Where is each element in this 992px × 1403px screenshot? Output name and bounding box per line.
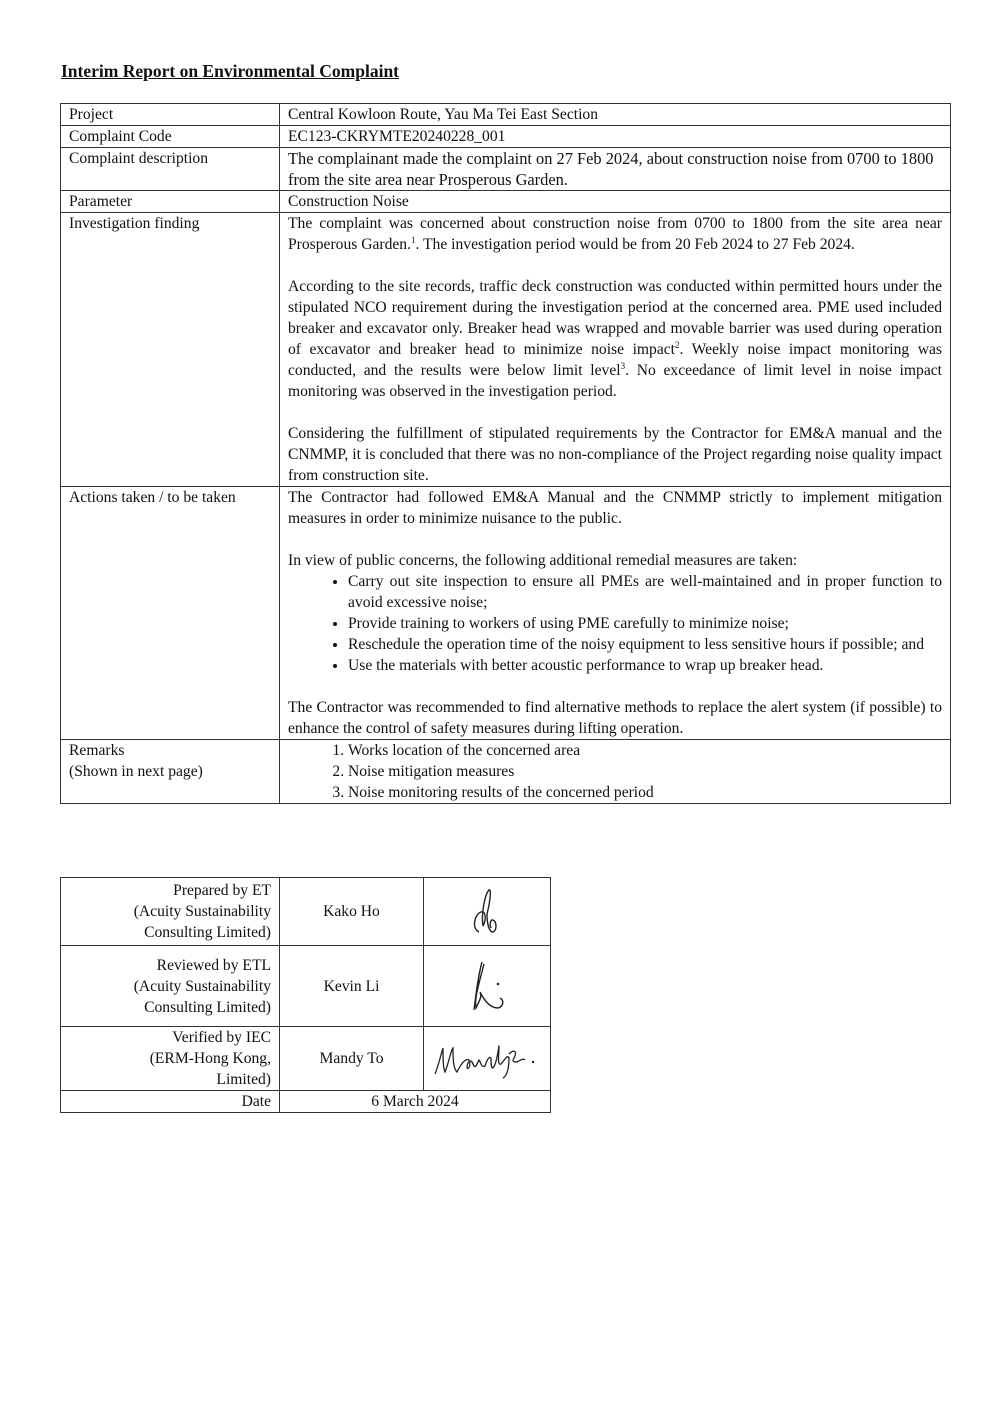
- text: . The investigation period would be from…: [416, 236, 855, 253]
- complaint-code-value: EC123-CKRYMTE20240228_001: [280, 126, 951, 148]
- signature-icon: [452, 954, 522, 1019]
- investigation-finding-value: The complaint was concerned about constr…: [280, 213, 951, 487]
- role-line: Limited): [69, 1069, 271, 1090]
- verified-by-name: Mandy To: [280, 1027, 424, 1091]
- role-line: Verified by IEC: [69, 1027, 271, 1048]
- table-row: Parameter Construction Noise: [61, 191, 951, 213]
- table-row: Verified by IEC (ERM-Hong Kong, Limited)…: [61, 1027, 551, 1091]
- finding-paragraph: The complaint was concerned about constr…: [288, 213, 942, 255]
- date-value: 6 March 2024: [280, 1091, 551, 1113]
- list-item: Noise mitigation measures: [348, 761, 942, 782]
- table-row: Investigation finding The complaint was …: [61, 213, 951, 487]
- actions-paragraph: In view of public concerns, the followin…: [288, 550, 942, 571]
- actions-paragraph: The Contractor had followed EM&A Manual …: [288, 487, 942, 529]
- actions-paragraph: The Contractor was recommended to find a…: [288, 697, 942, 739]
- complaint-description-value: The complainant made the complaint on 27…: [280, 148, 951, 191]
- reviewed-by-role: Reviewed by ETL (Acuity Sustainability C…: [61, 946, 280, 1027]
- actions-label: Actions taken / to be taken: [61, 487, 280, 740]
- project-value: Central Kowloon Route, Yau Ma Tei East S…: [280, 104, 951, 126]
- parameter-label: Parameter: [61, 191, 280, 213]
- prepared-by-name: Kako Ho: [280, 878, 424, 946]
- role-line: Reviewed by ETL: [69, 955, 271, 976]
- date-label: Date: [61, 1091, 280, 1113]
- table-row: Prepared by ET (Acuity Sustainability Co…: [61, 878, 551, 946]
- prepared-by-role: Prepared by ET (Acuity Sustainability Co…: [61, 878, 280, 946]
- signature-kako-ho: [424, 878, 551, 946]
- remarks-value: Works location of the concerned area Noi…: [280, 740, 951, 804]
- role-line: Consulting Limited): [69, 997, 271, 1018]
- actions-value: The Contractor had followed EM&A Manual …: [280, 487, 951, 740]
- reviewed-by-name: Kevin Li: [280, 946, 424, 1027]
- role-line: (Acuity Sustainability: [69, 901, 271, 922]
- table-row: Complaint description The complainant ma…: [61, 148, 951, 191]
- page-title: Interim Report on Environmental Complain…: [61, 61, 399, 82]
- list-item: Works location of the concerned area: [348, 740, 942, 761]
- list-item: Noise monitoring results of the concerne…: [348, 782, 942, 803]
- table-row: Actions taken / to be taken The Contract…: [61, 487, 951, 740]
- signature-kevin-li: [424, 946, 551, 1027]
- list-item: Carry out site inspection to ensure all …: [348, 571, 942, 613]
- role-line: (Acuity Sustainability: [69, 976, 271, 997]
- complaint-code-label: Complaint Code: [61, 126, 280, 148]
- role-line: (ERM-Hong Kong,: [69, 1048, 271, 1069]
- parameter-value: Construction Noise: [280, 191, 951, 213]
- signature-icon: [427, 1034, 547, 1084]
- remarks-title: Remarks: [69, 740, 271, 761]
- complaint-description-label: Complaint description: [61, 148, 280, 191]
- verified-by-role: Verified by IEC (ERM-Hong Kong, Limited): [61, 1027, 280, 1091]
- signature-mandy-to: [424, 1027, 551, 1091]
- list-item: Provide training to workers of using PME…: [348, 613, 942, 634]
- investigation-finding-label: Investigation finding: [61, 213, 280, 487]
- table-row: Reviewed by ETL (Acuity Sustainability C…: [61, 946, 551, 1027]
- complaint-table: Project Central Kowloon Route, Yau Ma Te…: [60, 103, 951, 804]
- remarks-list: Works location of the concerned area Noi…: [288, 740, 942, 803]
- remarks-label: Remarks (Shown in next page): [61, 740, 280, 804]
- table-row: Complaint Code EC123-CKRYMTE20240228_001: [61, 126, 951, 148]
- table-row: Date 6 March 2024: [61, 1091, 551, 1113]
- remedial-measures-list: Carry out site inspection to ensure all …: [288, 571, 942, 676]
- role-line: Consulting Limited): [69, 922, 271, 943]
- list-item: Use the materials with better acoustic p…: [348, 655, 942, 676]
- table-row: Project Central Kowloon Route, Yau Ma Te…: [61, 104, 951, 126]
- signoff-table: Prepared by ET (Acuity Sustainability Co…: [60, 877, 551, 1113]
- remarks-subtitle: (Shown in next page): [69, 761, 271, 782]
- finding-paragraph: Considering the fulfillment of stipulate…: [288, 423, 942, 486]
- signature-icon: [457, 884, 517, 939]
- role-line: Prepared by ET: [69, 880, 271, 901]
- finding-paragraph: According to the site records, traffic d…: [288, 276, 942, 402]
- project-label: Project: [61, 104, 280, 126]
- table-row: Remarks (Shown in next page) Works locat…: [61, 740, 951, 804]
- list-item: Reschedule the operation time of the noi…: [348, 634, 942, 655]
